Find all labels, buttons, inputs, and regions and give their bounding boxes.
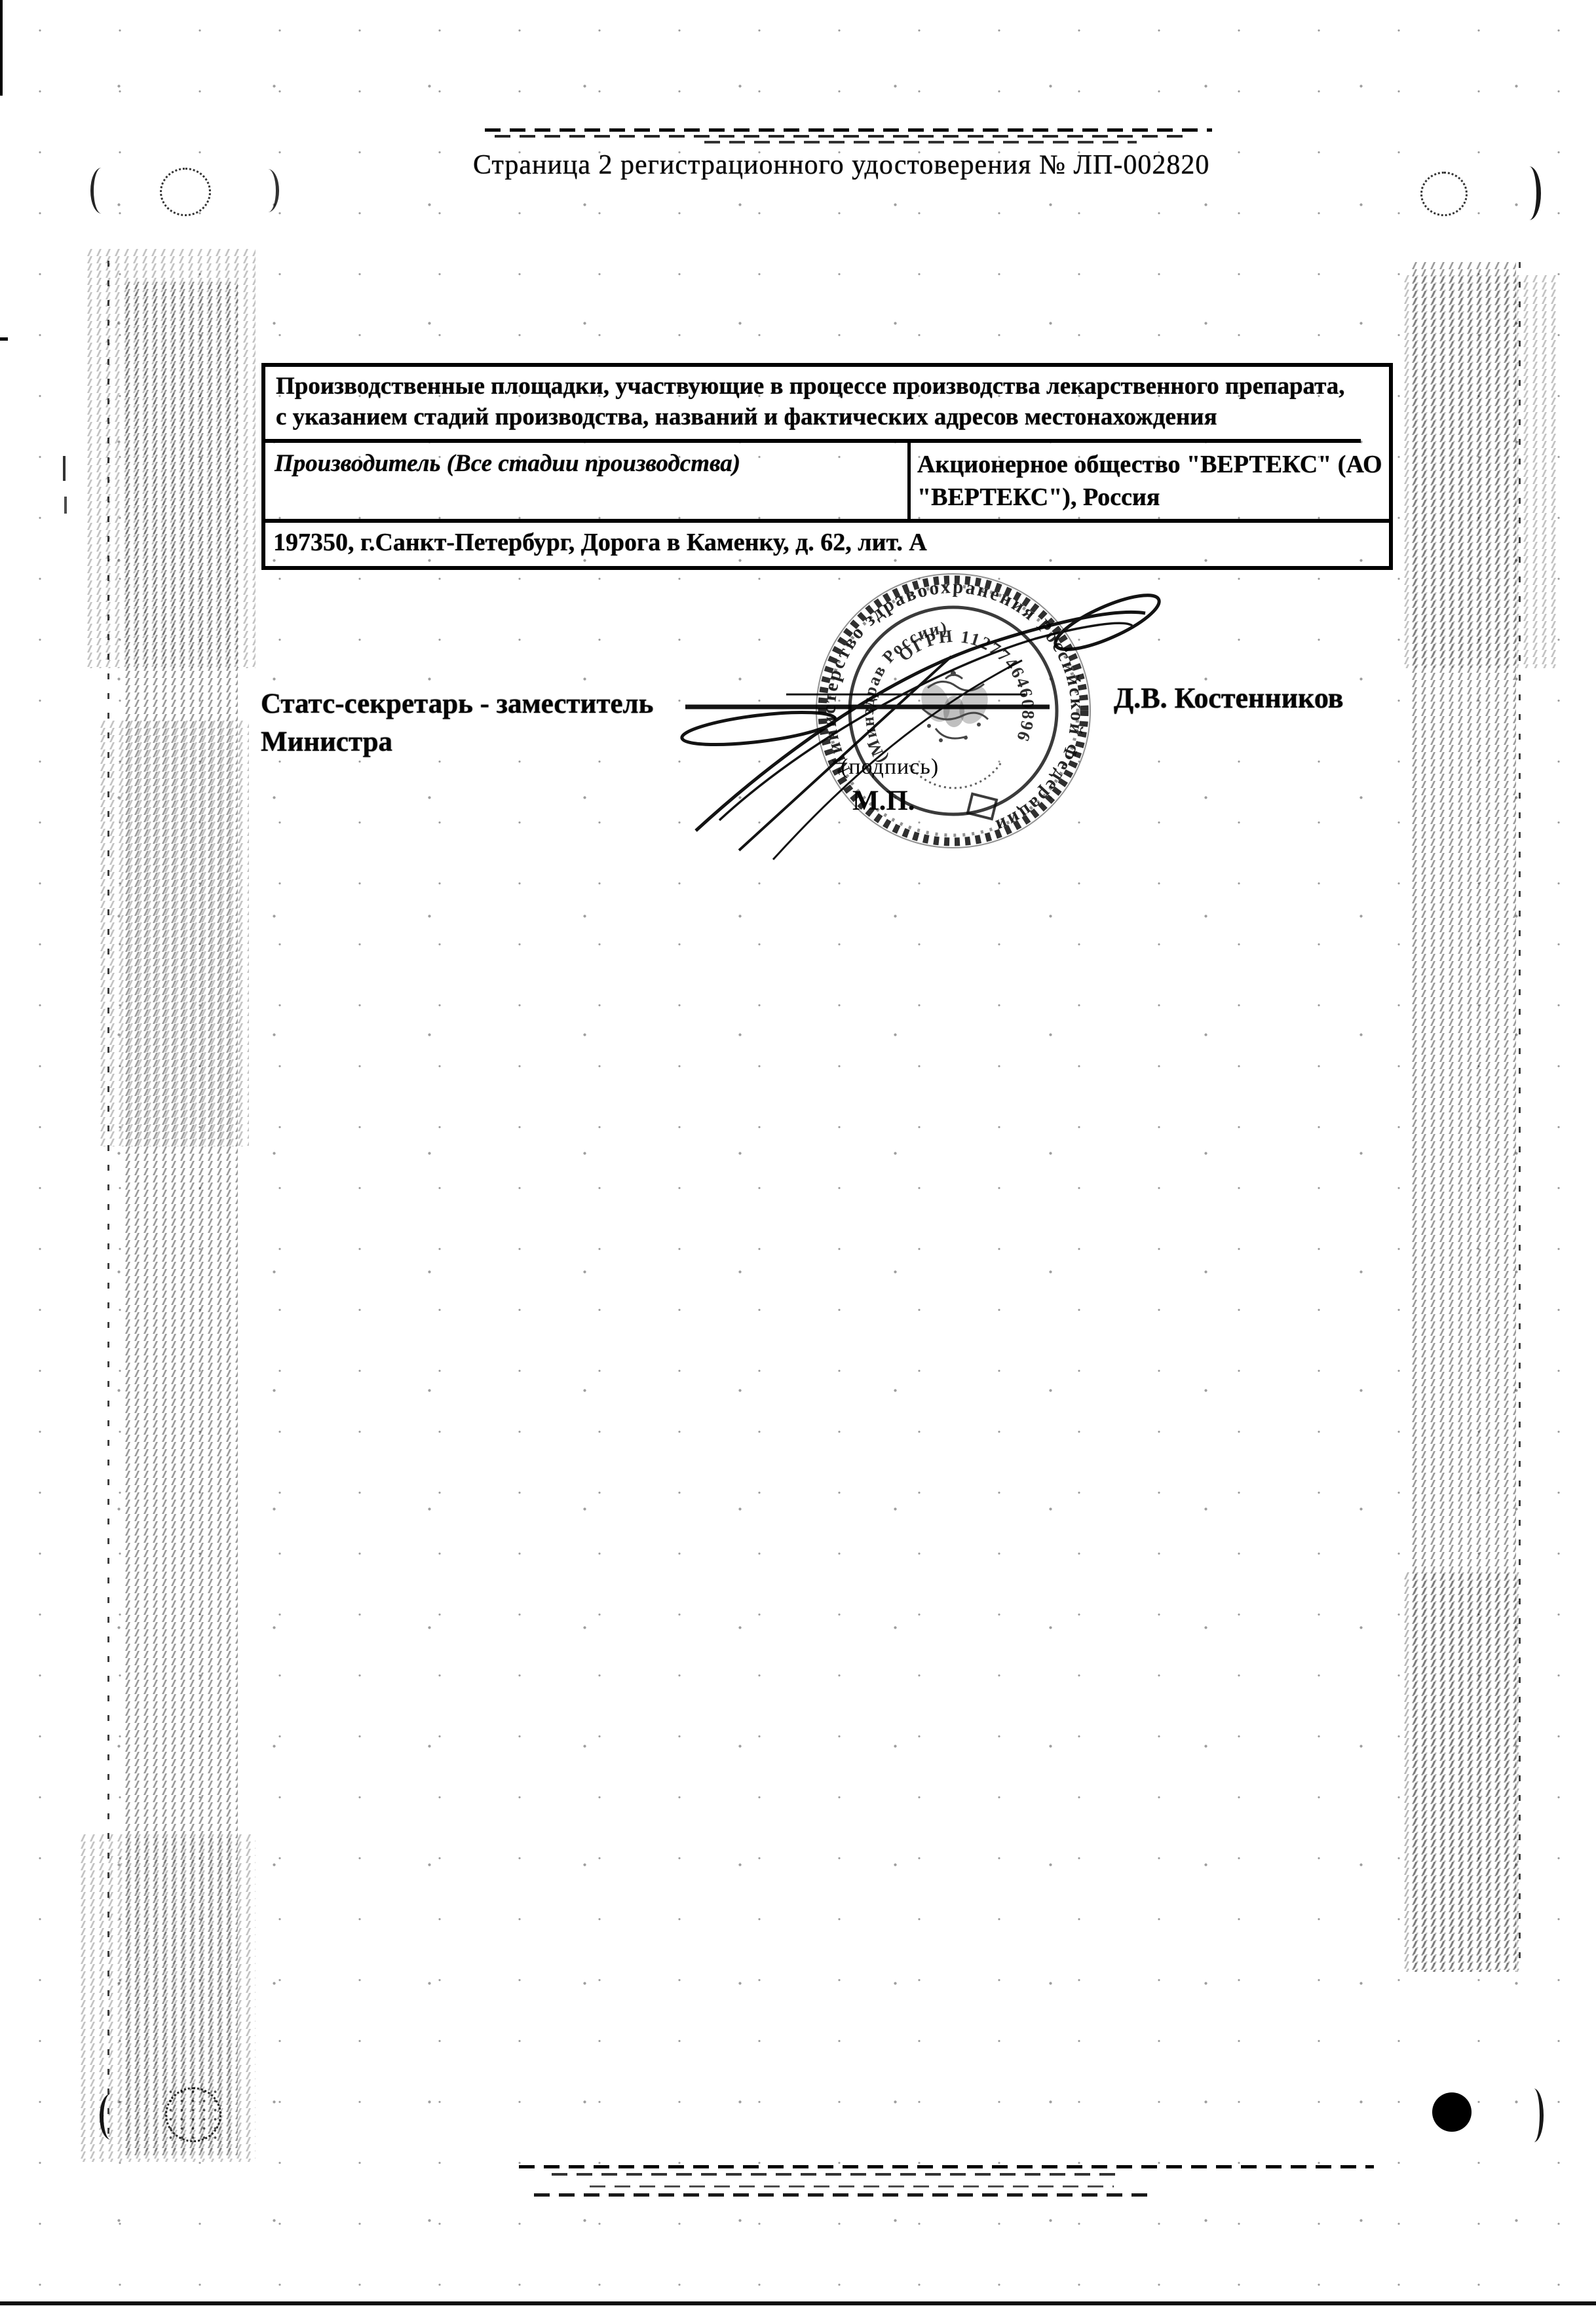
table-header-cell: Производственные площадки, участвующие в…: [265, 367, 1361, 443]
document-page: Страница 2 регистрационного удостоверени…: [0, 0, 1596, 2306]
scan-edge-tick: [63, 456, 66, 481]
corner-rosette-icon: [1420, 172, 1468, 216]
scan-dash-line: [534, 2193, 1156, 2197]
signature-caption: (подпись): [841, 755, 939, 780]
signature-stroke: [739, 656, 951, 850]
corner-arc-left-icon: [100, 2094, 122, 2140]
corner-rosette-speckles: [165, 2087, 224, 2145]
scan-noise-topleft-patch: [85, 249, 256, 668]
corner-rosette-icon: [160, 168, 211, 216]
scan-edge-tick: [0, 337, 8, 341]
scan-dash-line: [485, 128, 1212, 132]
scan-dash-line: [552, 2173, 1115, 2176]
scan-dash-line: [495, 135, 1189, 138]
corner-arc-right-icon: [257, 169, 279, 212]
scan-bottom-edge-line: [0, 2301, 1596, 2305]
scan-edge-tick: [64, 497, 67, 514]
signatory-title: Статс-секретарь - заместитель Министра: [261, 685, 713, 761]
registration-black-dot: [1432, 2092, 1472, 2132]
scan-dash-line: [519, 2165, 1374, 2168]
producer-value-cell: Акционерное общество "ВЕРТЕКС" (АО "ВЕРТ…: [911, 443, 1389, 519]
scan-edge-bar: [0, 0, 3, 96]
scan-dash-line: [590, 2185, 1114, 2187]
table-row: Производитель (Все стадии производства) …: [265, 443, 1389, 523]
producer-label-cell: Производитель (Все стадии производства): [265, 443, 911, 519]
corner-arc-left-icon: [90, 168, 113, 214]
scan-dash-line: [704, 141, 1137, 143]
seal-place-label: М.П.: [852, 785, 915, 817]
page-header-title: Страница 2 регистрационного удостоверени…: [473, 149, 1209, 181]
signature-loop-left: [680, 706, 837, 751]
scan-noise-left-dense-patch: [98, 721, 249, 1146]
scan-border-left-dashed-line: [107, 261, 109, 2141]
signature-stroke: [719, 623, 1132, 820]
scan-border-right-dashed-line: [1519, 262, 1521, 1972]
address-cell: 197350, г.Санкт-Петербург, Дорога в Каме…: [265, 523, 1389, 566]
scan-noise-bottomright-patch: [1402, 1572, 1520, 1972]
corner-arc-right-icon: [1524, 2089, 1544, 2142]
corner-arc-right-icon: [1517, 166, 1541, 220]
signature-stroke: [696, 612, 1145, 831]
handwritten-signature: [655, 563, 1192, 878]
production-sites-table: Производственные площадки, участвующие в…: [261, 363, 1393, 570]
scan-noise-topright-patch: [1402, 275, 1559, 668]
